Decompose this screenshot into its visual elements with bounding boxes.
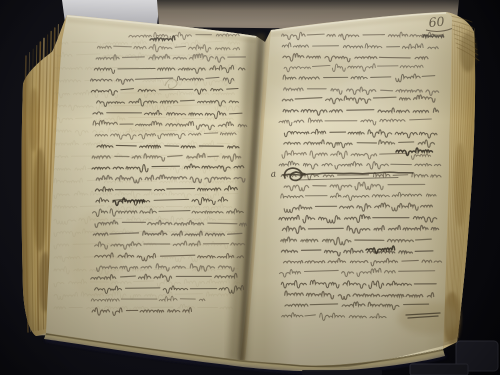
vignette [0, 0, 500, 375]
photo-stage: 60 a [0, 0, 500, 375]
manuscript-photo: 60 a [0, 0, 500, 375]
